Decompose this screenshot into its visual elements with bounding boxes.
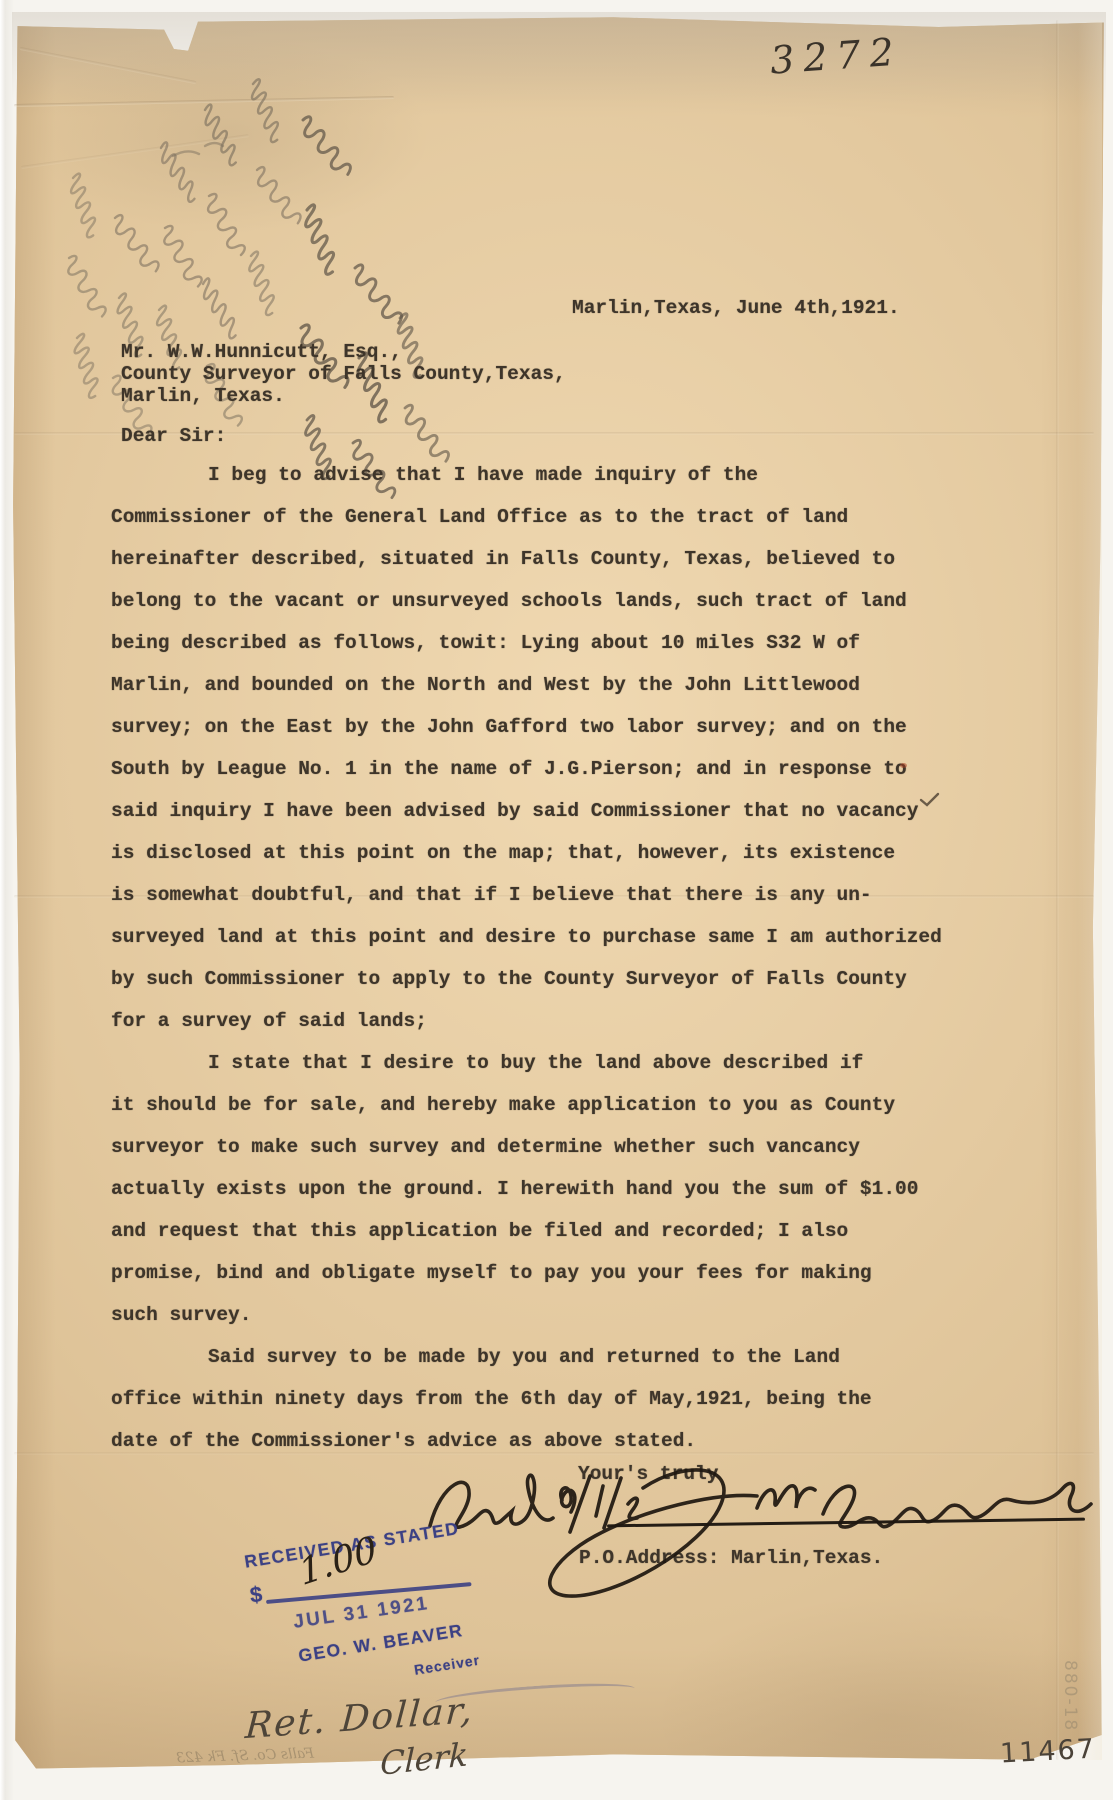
clerk-note: Clerk xyxy=(380,1735,469,1783)
catalog-number: 3272 xyxy=(769,29,904,82)
body-line: is disclosed at this point on the map; t… xyxy=(111,832,971,874)
letter-body: I beg to advise that I have made inquiry… xyxy=(111,454,971,1462)
dateline: Marlin,Texas, June 4th,1921. xyxy=(572,297,900,319)
body-line: actually exists upon the ground. I herew… xyxy=(111,1168,971,1210)
body-line: is somewhat doubtful, and that if I beli… xyxy=(111,874,971,916)
body-line: South by League No. 1 in the name of J.G… xyxy=(111,748,971,790)
body-line: being described as follows, towit: Lying… xyxy=(111,622,971,664)
signature-flourish xyxy=(385,1448,1100,1628)
body-line: belong to the vacant or unsurveyed schoo… xyxy=(111,580,971,622)
body-line: I state that I desire to buy the land ab… xyxy=(111,1042,971,1084)
recipient-line: Mr. W.W.Hunnicutt, Esq., xyxy=(121,341,402,363)
ink-speck xyxy=(900,763,907,768)
body-line: surveyor to make such survey and determi… xyxy=(111,1126,971,1168)
salutation: Dear Sir: xyxy=(121,425,226,447)
body-line: by such Commissioner to apply to the Cou… xyxy=(111,958,971,1000)
handwritten-shorthand-notes xyxy=(55,28,485,488)
recipient-line: County Surveyor of Falls County,Texas, xyxy=(121,363,566,385)
body-line: surveyed land at this point and desire t… xyxy=(111,916,971,958)
body-line: Said survey to be made by you and return… xyxy=(111,1336,971,1378)
body-line: promise, bind and obligate myself to pay… xyxy=(111,1252,971,1294)
body-line: such survey. xyxy=(111,1294,971,1336)
mirrored-pencil-note: Falls Co. Sf. Fk 423 xyxy=(176,1746,315,1767)
body-line: and request that this application be fil… xyxy=(111,1210,971,1252)
body-line: said inquiry I have been advised by said… xyxy=(111,790,971,832)
body-line: survey; on the East by the John Gafford … xyxy=(111,706,971,748)
archive-number: 11467 xyxy=(999,1734,1096,1770)
stamp-dollar-sign: $ xyxy=(249,1581,264,1608)
body-line: I beg to advise that I have made inquiry… xyxy=(111,454,971,496)
edge-number: 880-18 xyxy=(1060,1660,1080,1732)
body-line: Commissioner of the General Land Office … xyxy=(111,496,971,538)
body-line: for a survey of said lands; xyxy=(111,1000,971,1042)
body-line: office within ninety days from the 6th d… xyxy=(111,1378,971,1420)
body-line: it should be for sale, and hereby make a… xyxy=(111,1084,971,1126)
check-mark xyxy=(920,792,940,808)
body-line: Marlin, and bounded on the North and Wes… xyxy=(111,664,971,706)
recipient-line: Marlin, Texas. xyxy=(121,385,285,407)
body-line: hereinafter described, situated in Falls… xyxy=(111,538,971,580)
